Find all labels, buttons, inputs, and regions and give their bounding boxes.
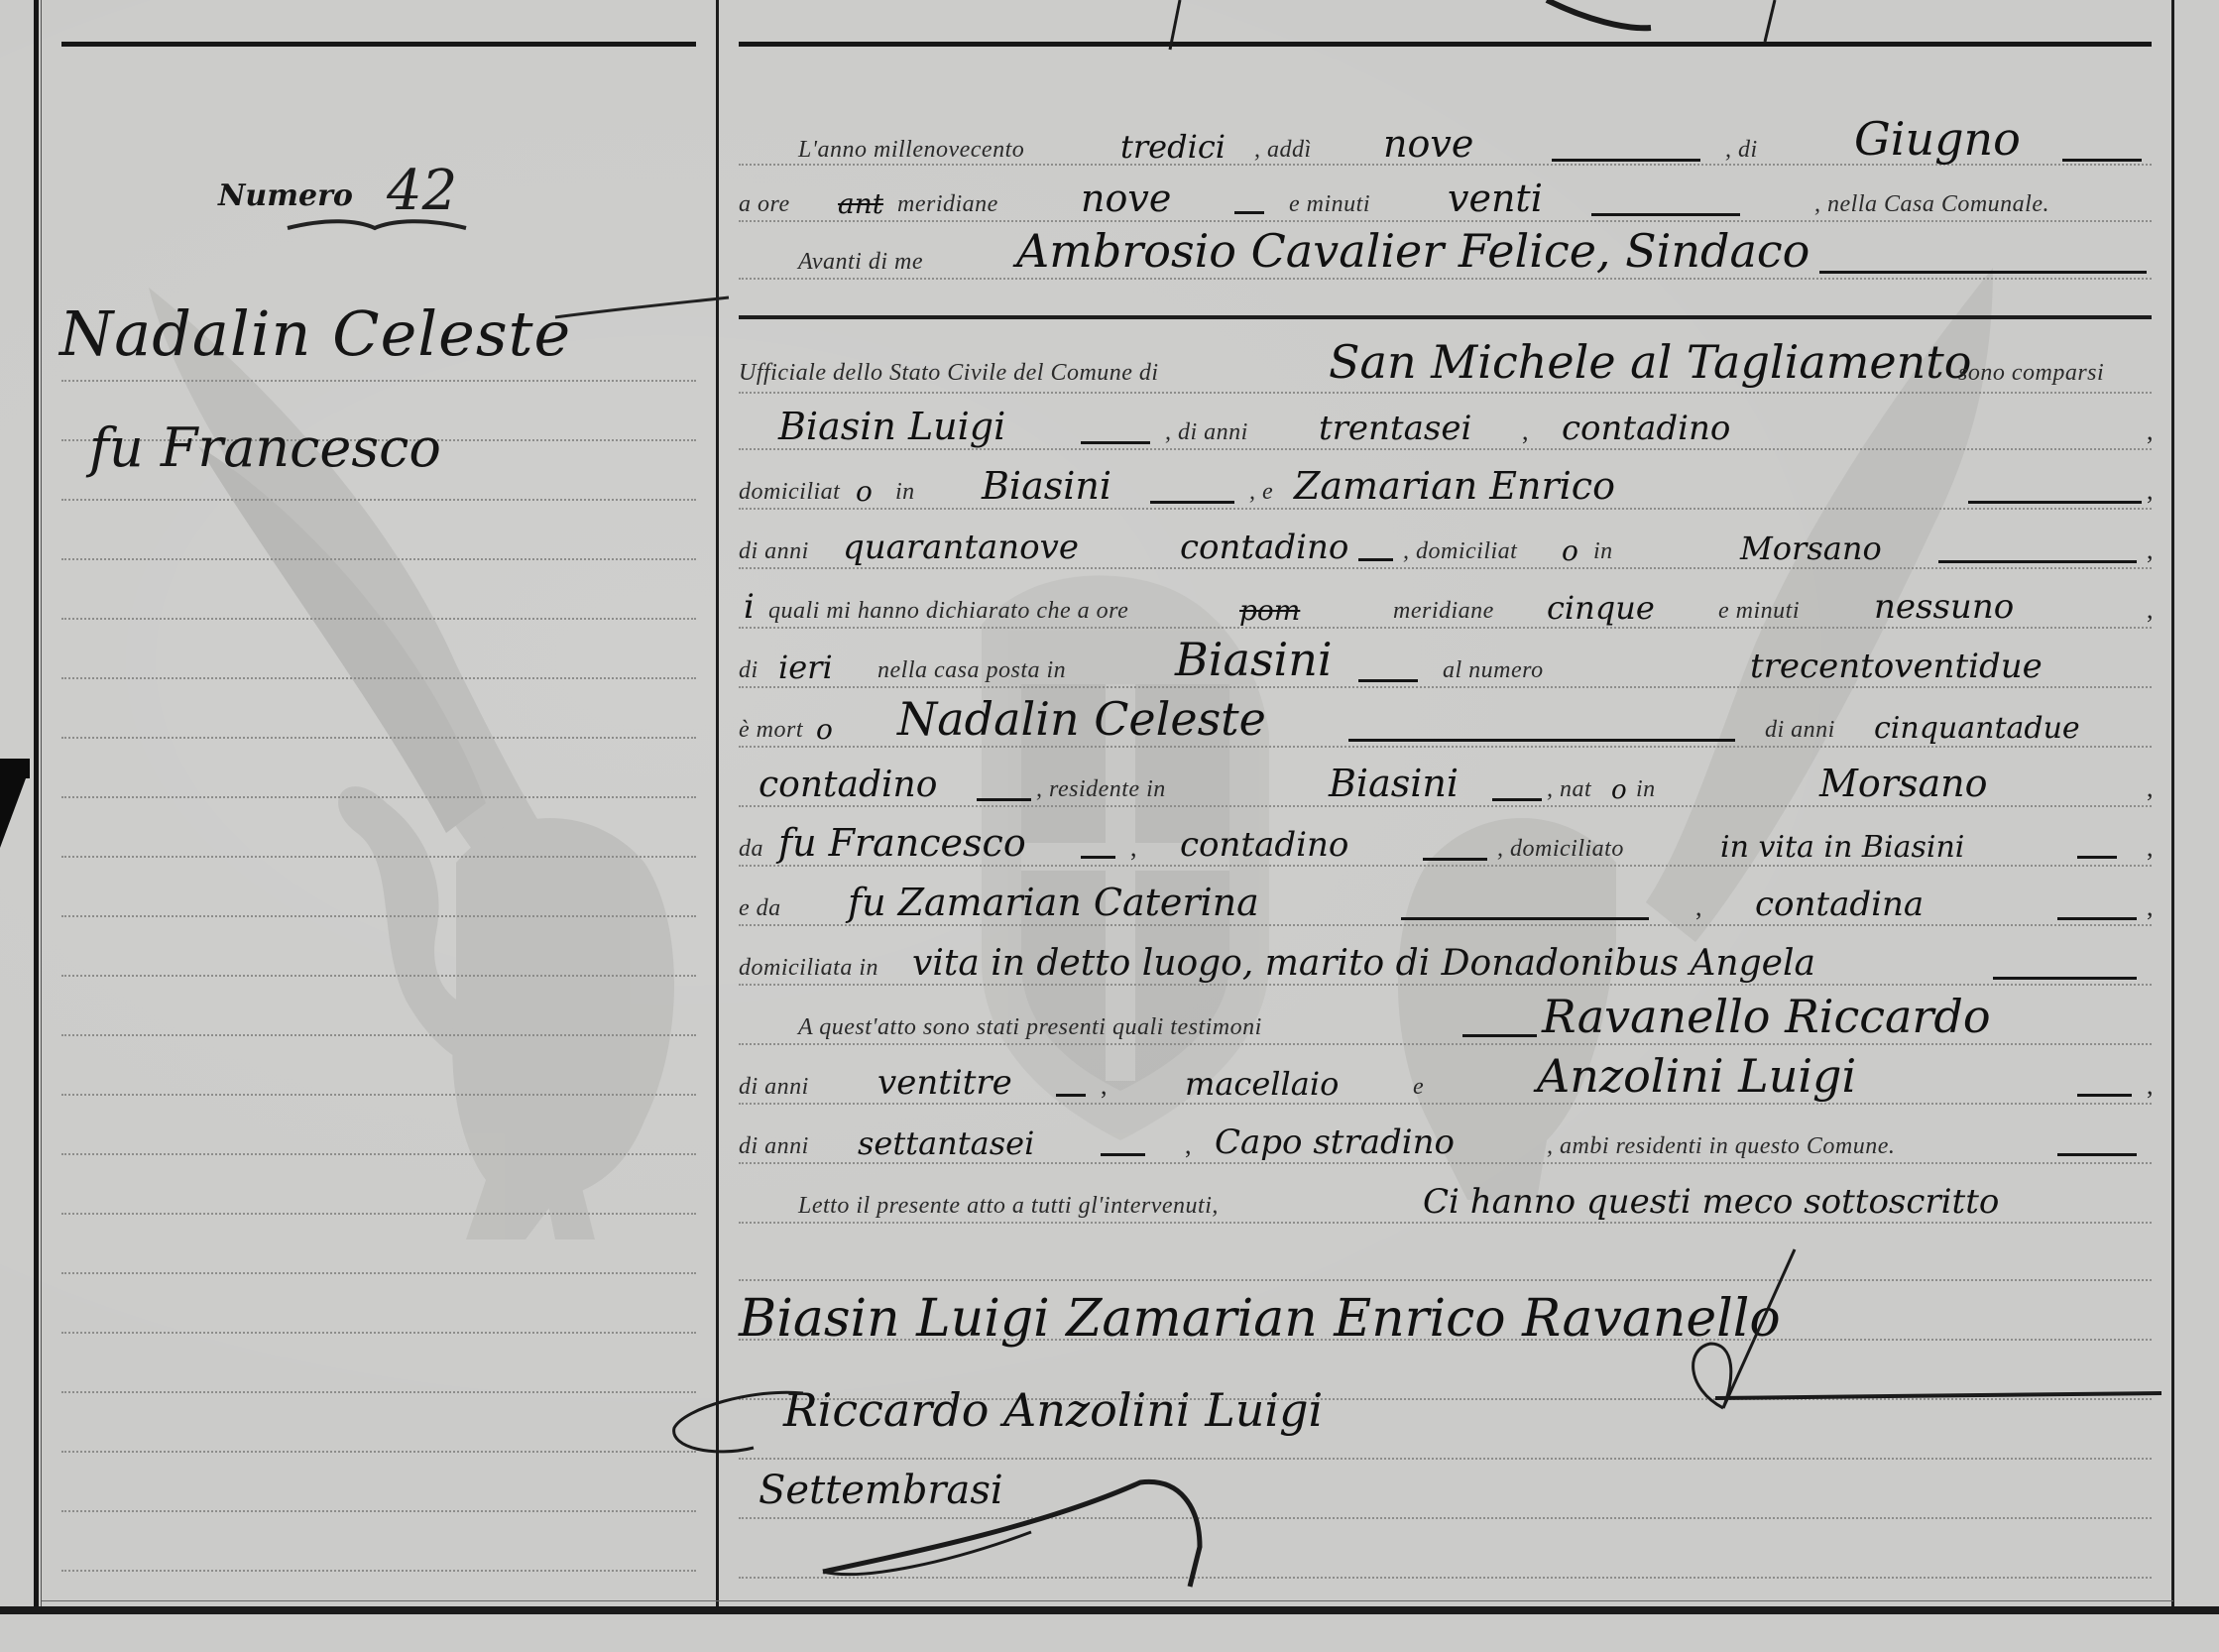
witness-4-occupation: Capo stradino — [1215, 1122, 1455, 1162]
death-hour: cinque — [1547, 589, 1655, 627]
struck-prefix: ant — [838, 187, 883, 220]
ruling-line — [739, 1458, 2152, 1460]
comune-name: San Michele al Tagliamento — [1329, 335, 1971, 389]
ruling-line — [61, 1570, 696, 1572]
ruling-line — [739, 1517, 2152, 1519]
deceased-name-margin: Nadalin Celeste — [59, 297, 571, 370]
struck-prefix: pom — [1239, 594, 1300, 627]
right-outer-border — [2171, 0, 2174, 1611]
ruling-line — [61, 1391, 696, 1393]
printed-text: domiciliat — [739, 479, 840, 506]
ruling-line — [61, 915, 696, 917]
printed-text: a ore — [739, 191, 790, 218]
printed-text: , nat — [1547, 776, 1591, 803]
mother-occupation: contadina — [1755, 885, 1924, 924]
row-witnesses-intro: A quest'atto sono stati presenti quali t… — [739, 992, 2157, 1047]
signatures-line-1: Biasin Luigi Zamarian Enrico Ravanello — [739, 1289, 1781, 1349]
deceased-birthplace: Morsano — [1819, 762, 1987, 805]
record-number: 42 — [387, 159, 457, 223]
witness-1-age: trentasei — [1319, 409, 1471, 448]
row-deceased: è mort o Nadalin Celeste di anni cinquan… — [739, 694, 2157, 750]
top-rule-right — [739, 42, 2152, 47]
deceased-age: cinquantadue — [1874, 711, 2080, 746]
printed-text: A quest'atto sono stati presenti quali t… — [798, 1014, 1262, 1041]
mother-name: fu Zamarian Caterina — [848, 881, 1259, 924]
printed-text: di anni — [739, 1074, 809, 1101]
gender-suffix: o — [1611, 775, 1627, 805]
row-father: da fu Francesco , contadino , domiciliat… — [739, 813, 2157, 869]
row-mother: e da fu Zamarian Caterina , contadina , — [739, 873, 2157, 928]
page-tab-marker — [0, 759, 30, 778]
printed-text: di anni — [739, 1133, 809, 1160]
ruling-line — [61, 1034, 696, 1036]
printed-text: , residente in — [1036, 776, 1166, 803]
ruling-line — [61, 737, 696, 739]
printed-text: , domiciliato — [1497, 836, 1624, 863]
signatures-line-3: Settembrasi — [759, 1468, 1003, 1513]
witness-1-residence: Biasini — [982, 464, 1111, 508]
row-witness-3-details: di anni ventitre , macellaio e Anzolini … — [739, 1051, 2157, 1107]
ruling-line — [61, 1510, 696, 1512]
row-witness-2: domiciliat o in Biasini , e Zamarian Enr… — [739, 456, 2157, 512]
witness-2-name: Zamarian Enrico — [1294, 464, 1615, 508]
page-tab-marker-tail — [0, 778, 26, 848]
month-value: Giugno — [1854, 112, 2021, 166]
ruling-line — [61, 1094, 696, 1096]
witness-2-residence: Morsano — [1740, 530, 1882, 567]
ruling-line — [739, 1577, 2152, 1579]
ruling-line — [61, 1332, 696, 1334]
ruling-line — [61, 618, 696, 620]
left-inner-border — [41, 0, 42, 1611]
printed-text: , addì — [1254, 137, 1312, 164]
row-declaration: i quali mi hanno dichiarato che a ore po… — [739, 575, 2157, 631]
father-name: fu Francesco — [778, 821, 1026, 865]
ruling-line — [739, 1279, 2152, 1281]
printed-text: è mort — [739, 717, 803, 744]
witness-3-occupation: macellaio — [1185, 1065, 1339, 1103]
printed-text: da — [739, 836, 763, 863]
printed-text: in — [895, 479, 915, 506]
house-number: trecentoventidue — [1750, 647, 2043, 686]
printed-text: meridiane — [1393, 598, 1494, 625]
signing-statement: Ci hanno questi meco sottoscritto — [1423, 1182, 1999, 1222]
ruling-line — [61, 975, 696, 977]
section-rule — [739, 315, 2152, 319]
left-outer-border — [34, 0, 39, 1611]
witness-3-age: ventitre — [877, 1063, 1012, 1103]
day-value: nove — [1383, 122, 1473, 166]
printed-text: , di — [1725, 137, 1758, 164]
father-note-margin: fu Francesco — [89, 416, 441, 479]
printed-text: , e — [1249, 479, 1273, 506]
printed-text: meridiane — [897, 191, 998, 218]
bottom-heavy-rule — [0, 1606, 2219, 1614]
gender-suffix: o — [1562, 534, 1578, 567]
printed-text: di anni — [1765, 717, 1835, 744]
top-rule-left — [61, 42, 696, 47]
row-deceased-details: contadino , residente in Biasini , nat o… — [739, 754, 2157, 809]
printed-text: e minuti — [1289, 191, 1370, 218]
row-witness-4-details: di anni settantasei , Capo stradino , am… — [739, 1111, 2157, 1166]
ruling-line — [61, 1451, 696, 1453]
ruling-line — [61, 677, 696, 679]
ruling-line — [61, 499, 696, 501]
printed-text: al numero — [1443, 657, 1544, 684]
row-comune: Ufficiale dello Stato Civile del Comune … — [739, 337, 2157, 393]
register-page: Numero 42 Nadalin Celeste fu Francesco L… — [0, 0, 2219, 1652]
year-value: tredici — [1120, 128, 1226, 166]
minutes-value: venti — [1448, 177, 1543, 220]
numero-label: Numero — [218, 178, 353, 213]
father-occupation: contadino — [1180, 825, 1348, 865]
death-place: Biasini — [1175, 633, 1333, 686]
witness-1-occupation: contadino — [1562, 409, 1730, 448]
gender-suffix: o — [816, 713, 833, 746]
deceased-residence: Biasini — [1329, 762, 1459, 805]
printed-text: in — [1593, 538, 1613, 565]
ruling-line — [61, 1213, 696, 1215]
witness-2-age: quarantanove — [843, 528, 1079, 567]
printed-text: domiciliata in — [739, 955, 878, 982]
bottom-thin-rule — [42, 1600, 2173, 1601]
printed-text: e minuti — [1718, 598, 1800, 625]
printed-text: sono comparsi — [1958, 360, 2104, 387]
printed-text: e — [1413, 1074, 1424, 1101]
deceased-occupation: contadino — [759, 765, 937, 805]
row-time: a ore ant meridiane nove e minuti venti … — [739, 169, 2157, 224]
signatures-line-2: Riccardo Anzolini Luigi — [783, 1383, 1323, 1437]
printed-text: e da — [739, 895, 781, 922]
father-residence: in vita in Biasini — [1720, 830, 1964, 865]
witness-4-name: Anzolini Luigi — [1537, 1049, 1856, 1103]
deceased-name: Nadalin Celeste — [897, 692, 1266, 746]
printed-text: , domiciliat — [1403, 538, 1517, 565]
death-day: ieri — [778, 649, 833, 686]
mother-residence: vita in detto luogo, marito di Donadonib… — [912, 943, 1815, 984]
hour-value: nove — [1081, 177, 1171, 220]
printed-text: , nella Casa Comunale. — [1814, 191, 2049, 218]
printed-text: nella casa posta in — [877, 657, 1066, 684]
printed-text: Letto il presente atto a tutti gl'interv… — [798, 1193, 1219, 1220]
ruling-line — [61, 856, 696, 858]
witness-2-occupation: contadino — [1180, 528, 1348, 567]
printed-text: di — [739, 657, 759, 684]
printed-text: di anni — [739, 538, 809, 565]
witness-4-age: settantasei — [858, 1124, 1034, 1162]
death-minutes: nessuno — [1874, 587, 2014, 627]
printed-text: , ambi residenti in questo Comune. — [1547, 1133, 1895, 1160]
printed-text: L'anno millenovecento — [798, 137, 1024, 164]
witness-1-name: Biasin Luigi — [778, 405, 1005, 448]
printed-text: quali mi hanno dichiarato che a ore — [768, 598, 1128, 625]
printed-text: in — [1636, 776, 1656, 803]
ruling-line — [61, 380, 696, 382]
column-divider — [716, 0, 719, 1611]
ruling-line — [61, 1272, 696, 1274]
ruling-line — [61, 1153, 696, 1155]
row-reading: Letto il presente atto a tutti gl'interv… — [739, 1170, 2157, 1226]
row-witness-2-details: di anni quarantanove contadino , domicil… — [739, 516, 2157, 571]
gender-suffix: o — [856, 475, 873, 508]
row-officer: Avanti di me Ambrosio Cavalier Felice, S… — [739, 226, 2157, 282]
ruling-line — [61, 558, 696, 560]
ruling-line — [61, 796, 696, 798]
officer-name: Ambrosio Cavalier Felice, Sindaco — [1016, 224, 1810, 278]
printed-text: Ufficiale dello Stato Civile del Comune … — [739, 360, 1159, 387]
printed-text: , di anni — [1165, 419, 1248, 446]
row-witness-1: Biasin Luigi , di anni trentasei , conta… — [739, 397, 2157, 452]
printed-text: Avanti di me — [798, 249, 923, 276]
declaration-prefix: i — [744, 587, 755, 627]
row-date: L'anno millenovecento tredici , addì nov… — [739, 114, 2157, 170]
flourish-ornament-icon — [278, 216, 476, 236]
row-mother-residence: domiciliata in vita in detto luogo, mari… — [739, 932, 2157, 988]
row-place: di ieri nella casa posta in Biasini al n… — [739, 635, 2157, 690]
witness-3-name: Ravanello Riccardo — [1542, 990, 1991, 1043]
